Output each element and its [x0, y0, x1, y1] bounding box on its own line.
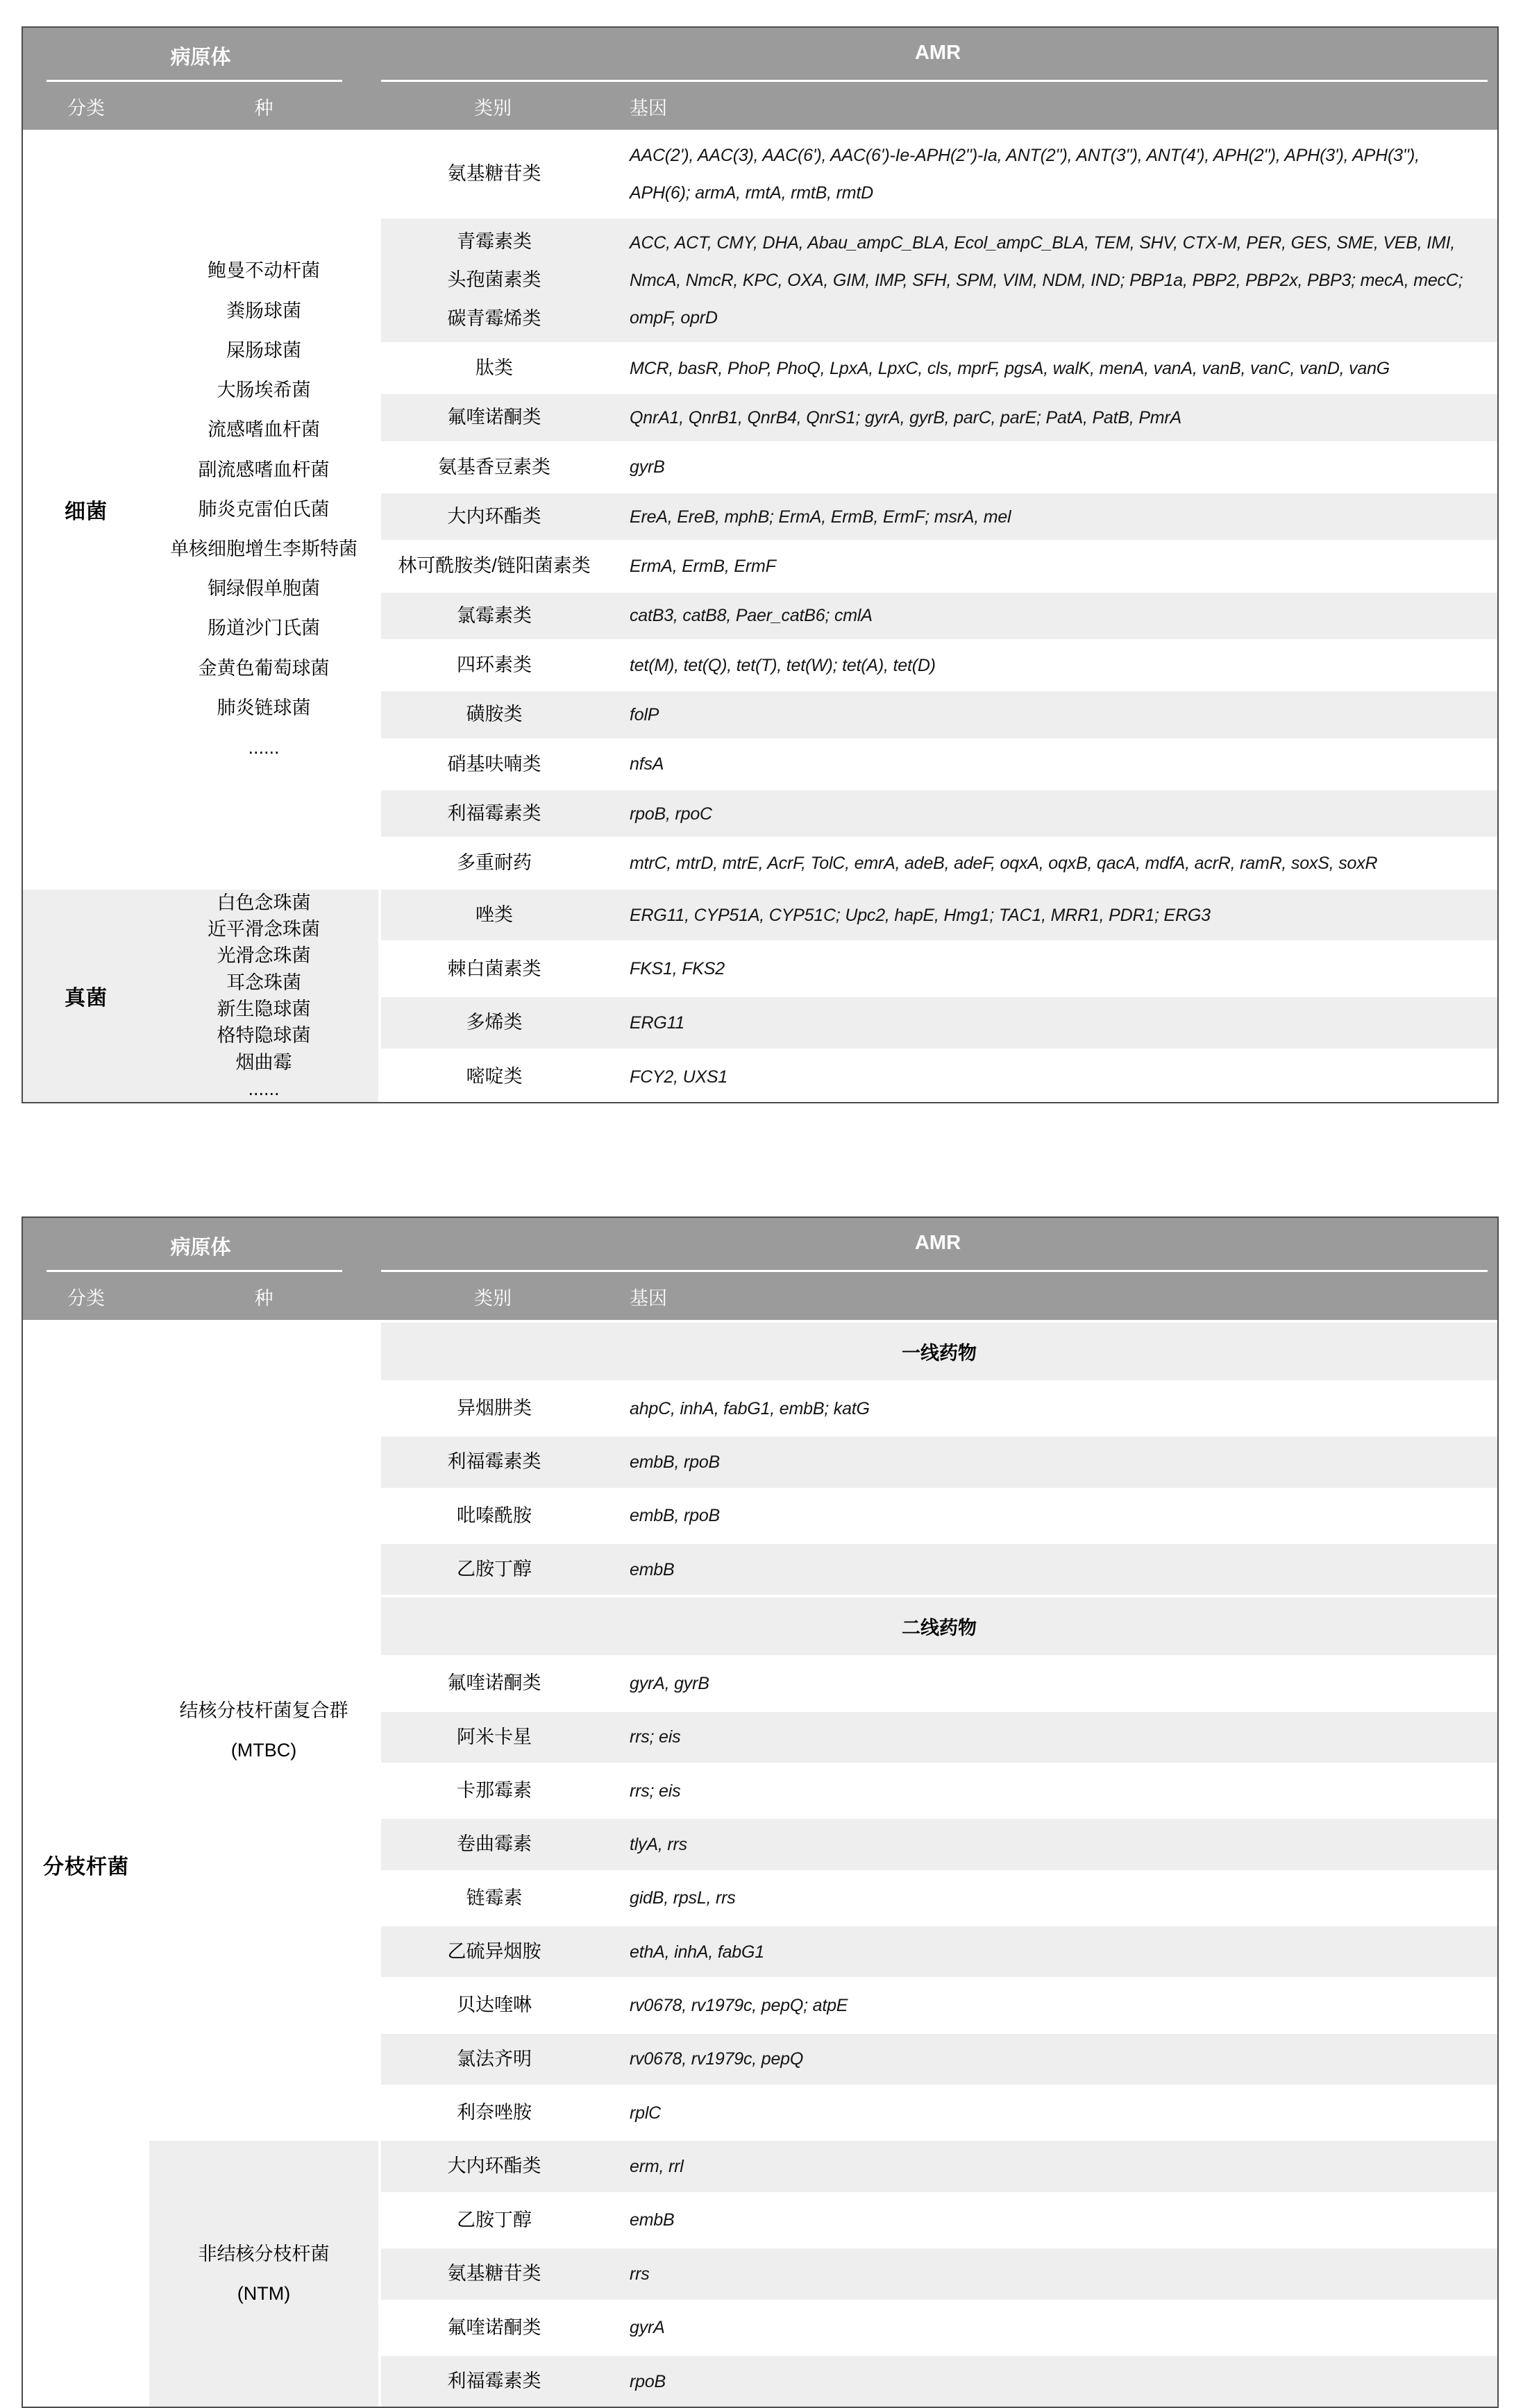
- genes-cell: ERG11: [607, 994, 1497, 1049]
- table2-header: 病原体 AMR 分类 种 类别 基因: [23, 1218, 1497, 1320]
- class-cell-bacteria: 细菌: [23, 130, 149, 887]
- genes-cell: QnrA1, QnrB1, QnrB4, QnrS1; gyrA, gyrB, …: [607, 391, 1497, 441]
- class-label-fungi: 真菌: [65, 981, 108, 1011]
- genes-cell: rrs; eis: [607, 1763, 1497, 1816]
- genes-cell: gyrB: [607, 441, 1497, 491]
- category-cell: 利福霉素类: [378, 1434, 607, 1487]
- amr-group-header: AMR: [378, 37, 1497, 80]
- genes-cell: rpoB, rpoC: [607, 788, 1497, 837]
- species-label-ntm: 非结核分枝杆菌 (NTM): [199, 2235, 330, 2314]
- category-cell: 唑类: [378, 887, 607, 941]
- category-cell: 氨基香豆素类: [378, 441, 607, 491]
- genes-cell: erm, rrl: [607, 2138, 1497, 2191]
- category-cell: 卡那霉素: [378, 1763, 607, 1816]
- category-cell: 氯法齐明: [378, 2031, 607, 2085]
- category-cell: 卷曲霉素: [378, 1816, 607, 1869]
- genes-cell: ethA, inhA, fabG1: [607, 1924, 1497, 1977]
- genes-cell: gyrA, gyrB: [607, 1655, 1497, 1709]
- genes-cell: AAC(2'), AAC(3), AAC(6'), AAC(6')-Ie-APH…: [607, 130, 1497, 216]
- category-cell: 吡嗪酰胺: [378, 1488, 607, 1541]
- category-cell: 乙硫异烟胺: [378, 1924, 607, 1977]
- amr-table-bacteria-fungi: 病原体 AMR 分类 种 类别 基因 细菌 鲍曼不动杆菌 粪肠球菌 屎肠球菌 大…: [22, 26, 1499, 1103]
- genes-cell: gidB, rpsL, rrs: [607, 1870, 1497, 1924]
- category-cell: 贝达喹啉: [378, 1977, 607, 2030]
- genes-cell: FKS1, FKS2: [607, 940, 1497, 994]
- col-header-class: 分类: [23, 1272, 149, 1320]
- category-cell: 林可酰胺类/链阳菌素类: [378, 540, 607, 589]
- col-header-gene: 基因: [607, 1272, 1497, 1320]
- genes-cell: ACC, ACT, CMY, DHA, Abau_ampC_BLA, Ecol_…: [607, 216, 1497, 342]
- subheader-first-line-drugs: 一线药物: [378, 1320, 1497, 1380]
- genes-cell: folP: [607, 688, 1497, 738]
- col-header-gene: 基因: [607, 82, 1497, 130]
- category-cell: 氯霉素类: [378, 590, 607, 639]
- category-cell: 乙胺丁醇: [378, 2192, 607, 2246]
- col-header-species: 种: [149, 82, 378, 130]
- category-cell: 异烟肼类: [378, 1380, 607, 1434]
- class-cell-fungi: 真菌: [23, 887, 149, 1103]
- category-cell: 棘白菌素类: [378, 940, 607, 994]
- subheader-second-line-drugs: 二线药物: [378, 1595, 1497, 1655]
- category-cell: 嘧啶类: [378, 1049, 607, 1103]
- species-label-mtbc: 结核分枝杆菌复合群 (MTBC): [180, 1691, 348, 1770]
- category-cell: 氨基糖苷类: [378, 130, 607, 216]
- class-cell-mycobacteria: 分枝杆菌: [23, 1320, 149, 2407]
- table2-body: 分枝杆菌 结核分枝杆菌复合群 (MTBC) 非结核分枝杆菌 (NTM) 一线药物…: [23, 1320, 1497, 2407]
- category-cell: 大内环酯类: [378, 2138, 607, 2191]
- species-cell-ntm: 非结核分枝杆菌 (NTM): [149, 2138, 378, 2407]
- category-cell: 多烯类: [378, 994, 607, 1049]
- col-header-category: 类别: [378, 1272, 607, 1320]
- genes-cell: gyrA: [607, 2300, 1497, 2353]
- table1-header: 病原体 AMR 分类 种 类别 基因: [23, 28, 1497, 130]
- genes-cell: EreA, EreB, mphB; ErmA, ErmB, ErmF; msrA…: [607, 491, 1497, 540]
- genes-cell: tlyA, rrs: [607, 1816, 1497, 1869]
- category-cell: 氟喹诺酮类: [378, 391, 607, 441]
- category-cell: 氟喹诺酮类: [378, 2300, 607, 2353]
- species-list-bacteria: 鲍曼不动杆菌 粪肠球菌 屎肠球菌 大肠埃希菌 流感嗜血杆菌 副流感嗜血杆菌 肺炎…: [170, 251, 357, 768]
- genes-cell: embB: [607, 2192, 1497, 2246]
- genes-cell: embB, rpoB: [607, 1488, 1497, 1541]
- col-header-category: 类别: [378, 82, 607, 130]
- genes-cell: rv0678, rv1979c, pepQ: [607, 2031, 1497, 2085]
- category-cell: 利福霉素类: [378, 788, 607, 837]
- genes-cell: embB, rpoB: [607, 1434, 1497, 1487]
- class-label-bacteria: 细菌: [65, 494, 108, 525]
- category-cell: 氨基糖苷类: [378, 2246, 607, 2299]
- col-header-species: 种: [149, 1272, 378, 1320]
- genes-cell: ERG11, CYP51A, CYP51C; Upc2, hapE, Hmg1;…: [607, 887, 1497, 941]
- genes-cell: rpoB: [607, 2353, 1497, 2407]
- category-cell: 阿米卡星: [378, 1709, 607, 1763]
- category-cell: 利福霉素类: [378, 2353, 607, 2407]
- category-cell: 青霉素类 头孢菌素类 碳青霉烯类: [378, 216, 607, 342]
- genes-cell: catB3, catB8, Paer_catB6; cmlA: [607, 590, 1497, 639]
- genes-cell: rplC: [607, 2085, 1497, 2138]
- page: { "colors": { "header_bg": "#9b9b9b", "s…: [0, 0, 1523, 2364]
- table1-body: 细菌 鲍曼不动杆菌 粪肠球菌 屎肠球菌 大肠埃希菌 流感嗜血杆菌 副流感嗜血杆菌…: [23, 130, 1497, 1102]
- col-header-class: 分类: [23, 82, 149, 130]
- category-cell: 磺胺类: [378, 688, 607, 738]
- category-cell: 利奈唑胺: [378, 2085, 607, 2138]
- species-cell-bacteria: 鲍曼不动杆菌 粪肠球菌 屎肠球菌 大肠埃希菌 流感嗜血杆菌 副流感嗜血杆菌 肺炎…: [149, 130, 378, 887]
- genes-cell: ErmA, ErmB, ErmF: [607, 540, 1497, 589]
- genes-cell: rrs; eis: [607, 1709, 1497, 1763]
- class-label-mycobacteria: 分枝杆菌: [43, 1849, 129, 1880]
- category-cell: 肽类: [378, 342, 607, 391]
- genes-cell: ahpC, inhA, fabG1, embB; katG: [607, 1380, 1497, 1434]
- category-cell: 氟喹诺酮类: [378, 1655, 607, 1709]
- category-cell: 硝基呋喃类: [378, 738, 607, 788]
- species-list-fungi: 白色念珠菌 近平滑念珠菌 光滑念珠菌 耳念珠菌 新生隐球菌 格特隐球菌 烟曲霉 …: [208, 890, 320, 1103]
- genes-cell: FCY2, UXS1: [607, 1049, 1497, 1103]
- pathogen-group-header: 病原体: [23, 37, 378, 80]
- category-cell: 链霉素: [378, 1870, 607, 1924]
- category-cell: 多重耐药: [378, 837, 607, 886]
- genes-cell: nfsA: [607, 738, 1497, 788]
- genes-cell: embB: [607, 1541, 1497, 1595]
- category-cell: 四环素类: [378, 639, 607, 688]
- species-cell-mtbc: 结核分枝杆菌复合群 (MTBC): [149, 1320, 378, 2138]
- category-cell: 乙胺丁醇: [378, 1541, 607, 1595]
- species-cell-fungi: 白色念珠菌 近平滑念珠菌 光滑念珠菌 耳念珠菌 新生隐球菌 格特隐球菌 烟曲霉 …: [149, 887, 378, 1103]
- category-cell: 大内环酯类: [378, 491, 607, 540]
- amr-group-header: AMR: [378, 1228, 1497, 1270]
- genes-cell: tet(M), tet(Q), tet(T), tet(W); tet(A), …: [607, 639, 1497, 688]
- genes-cell: mtrC, mtrD, mtrE, AcrF, TolC, emrA, adeB…: [607, 837, 1497, 886]
- pathogen-group-header: 病原体: [23, 1228, 378, 1270]
- amr-table-mycobacteria: 病原体 AMR 分类 种 类别 基因 分枝杆菌 结核分枝杆菌复合群 (MTBC)…: [22, 1216, 1499, 2408]
- genes-cell: rrs: [607, 2246, 1497, 2299]
- genes-cell: MCR, basR, PhoP, PhoQ, LpxA, LpxC, cls, …: [607, 342, 1497, 391]
- genes-cell: rv0678, rv1979c, pepQ; atpE: [607, 1977, 1497, 2030]
